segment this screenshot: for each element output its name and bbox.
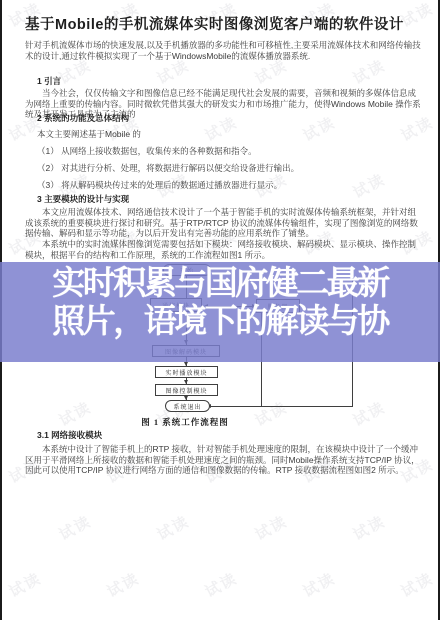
- flow-node-play: 实时播放模块: [155, 366, 218, 378]
- scanned-document-page: 试读试读试读试读试读试读试读试读试读试读试读试读试读试读试读试读试读试读试读试读…: [0, 0, 440, 620]
- overlay-banner-text: 实时积累与国府健二最新 照片，语境下的解读与协: [0, 264, 440, 339]
- flow-node-exit: 系统退出: [165, 400, 210, 412]
- flow-feedback-horizontal: [211, 406, 353, 407]
- overlay-line-2: 照片，语境下的解读与协: [0, 302, 440, 340]
- flow-node-control: 图像控制模块: [155, 384, 218, 396]
- figure-caption: 图 1 系统工作流程图: [95, 416, 275, 428]
- overlay-line-1: 实时积累与国府健二最新: [0, 264, 440, 302]
